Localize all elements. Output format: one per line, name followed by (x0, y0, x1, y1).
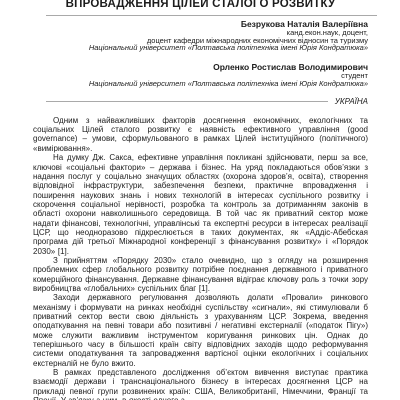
document-page: ВПРОВАДЖЕННЯ ЦІЛЕЙ СТАЛОГО РОЗВИТКУ Безр… (0, 0, 400, 400)
authors-block: Безрукова Наталія Валеріївна канд.екон.н… (33, 20, 368, 88)
author-name: Орленко Ростислав Володимирович (33, 63, 368, 72)
author-block-1: Безрукова Наталія Валеріївна канд.екон.н… (33, 20, 368, 52)
paragraph: На думку Дж. Сакса, ефективне управління… (33, 153, 368, 256)
paper-title: ВПРОВАДЖЕННЯ ЦІЛЕЙ СТАЛОГО РОЗВИТКУ (33, 0, 368, 11)
paragraph: Заходи державного регулювання дозволяють… (33, 293, 368, 368)
paragraph: Одним з найважливіших факторів досягненн… (33, 116, 368, 153)
country-label: УКРАЇНА (335, 97, 368, 106)
author-affiliation: Національний університет «Полтавська пол… (33, 44, 368, 52)
paragraph: В рамках представленого дослідження об’є… (33, 368, 368, 400)
paper-body: Одним з найважливіших факторів досягненн… (33, 116, 368, 400)
author-affiliation: Національний університет «Полтавська пол… (33, 80, 368, 88)
country-separator-line (46, 101, 328, 102)
paragraph: З прийняттям «Порядку 2030» стало очевид… (33, 256, 368, 293)
country-row: УКРАЇНА (33, 97, 368, 106)
author-block-2: Орленко Ростислав Володимирович студент … (33, 63, 368, 88)
title-separator-line (46, 15, 377, 16)
